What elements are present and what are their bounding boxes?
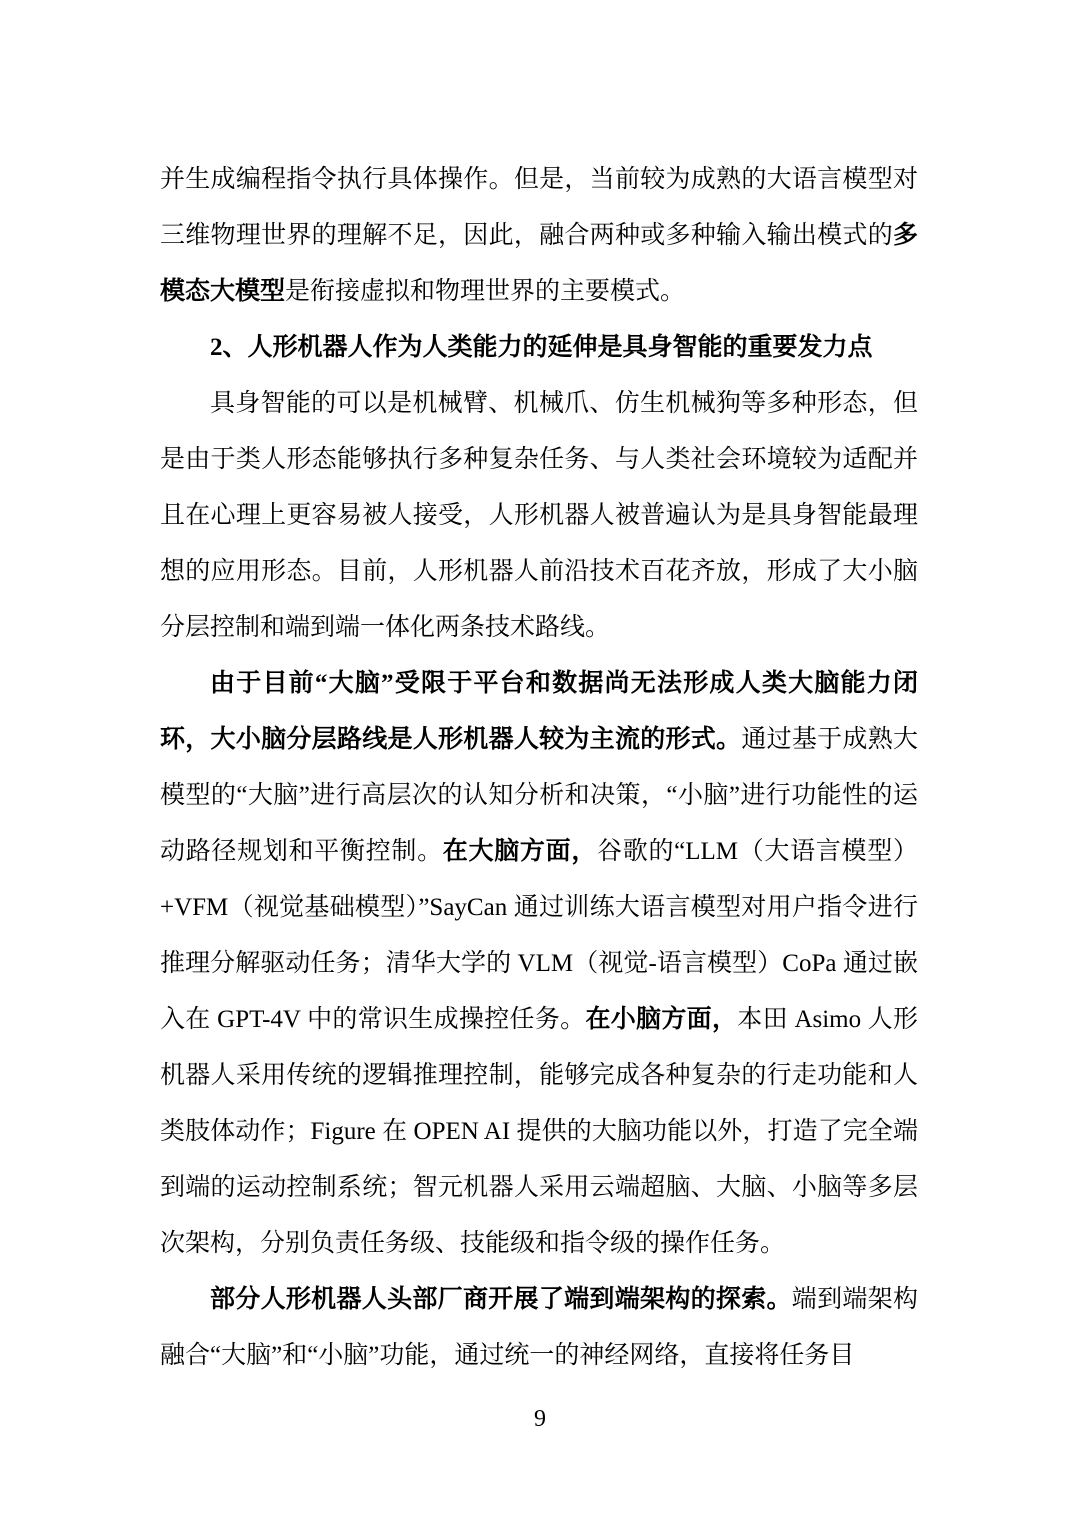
page-footer: 9 <box>0 1402 1080 1436</box>
paragraph-humanoid-form: 具身智能的可以是机械臂、机械爪、仿生机械狗等多种形态，但是由于类人形态能够执行多… <box>160 376 918 656</box>
page-number: 9 <box>534 1406 546 1432</box>
document-page: 并生成编程指令执行具体操作。但是，当前较为成熟的大语言模型对三维物理世界的理解不… <box>0 0 1080 1527</box>
text-run: 并生成编程指令执行具体操作。但是，当前较为成熟的大语言模型对三维物理世界的理解不… <box>160 166 918 249</box>
text-run: 谷歌的“LLM（大语言模型）+VFM（视觉基础模型）”SayCan 通过训练大语… <box>160 838 918 1033</box>
section-heading-2: 2、人形机器人作为人类能力的延伸是具身智能的重要发力点 <box>160 320 918 376</box>
bold-text-run: 部分人形机器人头部厂商开展了端到端架构的探索。 <box>210 1286 792 1313</box>
bold-text-run: 2、人形机器人作为人类能力的延伸是具身智能的重要发力点 <box>210 334 873 361</box>
paragraph-brain-cerebellum-route: 由于目前“大脑”受限于平台和数据尚无法形成人类大脑能力闭环，大小脑分层路线是人形… <box>160 656 918 1272</box>
bold-text-run: 在小脑方面， <box>585 1006 737 1033</box>
paragraph-end-to-end: 部分人形机器人头部厂商开展了端到端架构的探索。端到端架构融合“大脑”和“小脑”功… <box>160 1272 918 1384</box>
bold-text-run: 在大脑方面， <box>443 838 597 865</box>
text-run: 本田 Asimo 人形机器人采用传统的逻辑推理控制，能够完成各种复杂的行走功能和… <box>160 1006 918 1257</box>
text-run: 具身智能的可以是机械臂、机械爪、仿生机械狗等多种形态，但是由于类人形态能够执行多… <box>160 390 918 641</box>
text-run: 是衔接虚拟和物理世界的主要模式。 <box>285 278 685 305</box>
page-content: 并生成编程指令执行具体操作。但是，当前较为成熟的大语言模型对三维物理世界的理解不… <box>160 152 918 1384</box>
paragraph-multimodal-model: 并生成编程指令执行具体操作。但是，当前较为成熟的大语言模型对三维物理世界的理解不… <box>160 152 918 320</box>
